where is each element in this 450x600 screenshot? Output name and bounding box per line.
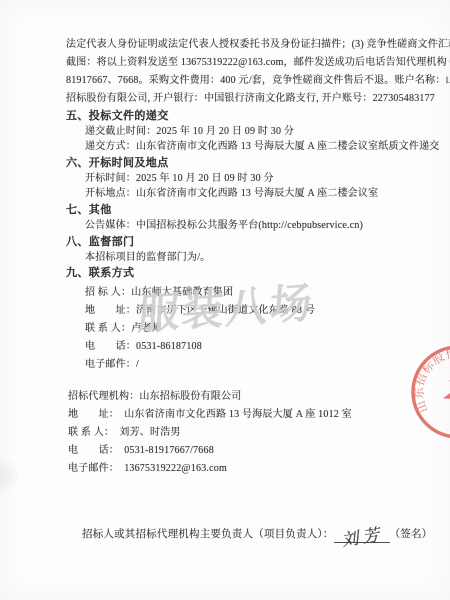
paragraph-line: 法定代表人身份证明或法定代表人授权委托书及身份证扫描件；(3) 竞争性磋商文件汇… [66,36,406,54]
section-line: 开标时间：2025 年 10 月 20 日 09 时 30 分 [85,171,406,186]
scanned-document-page: 法定代表人身份证明或法定代表人授权委托书及身份证扫描件；(3) 竞争性磋商文件汇… [0,0,450,600]
signature-label: 招标人或其招标代理机构主要负责人（项目负责人）： [82,529,334,540]
signature-line: 招标人或其招标代理机构主要负责人（项目负责人）：刘芳（签名） [82,527,406,543]
agency-email-line: 电子邮件： 13675319222@163.com [68,460,406,478]
section-heading-other: 七、其他 [66,202,406,218]
section-line: 递交方式：山东省济南市文化西路 13 号海辰大厦 A 座二楼会议室纸质文件递交 [85,139,406,154]
section-line: 本招标项目的监督部门为/。 [85,250,406,265]
scan-artifact [0,455,20,497]
tenderer-email-line: 电子邮件：/ [85,356,406,374]
agency-phone-line: 电 话： 0531-81917667/7668 [68,442,406,460]
seal-star [436,371,450,414]
agency-contact-block: 招标代理机构：山东招标股份有限公司 地 址： 山东省济南市文化西路 13 号海辰… [68,388,406,478]
signature-underline: 刘芳 [334,527,390,543]
paragraph-line: 招标股份有限公司, 开户银行：中国银行济南文化路支行, 开户账号：2273054… [66,90,406,108]
agency-contact-person-line: 联 系 人： 刘芳、时浩男 [68,424,406,442]
watermark-text: 服装八场 [136,270,316,343]
handwritten-signature: 刘芳 [340,527,384,549]
company-seal: 山东招标股份有限公司 [406,340,450,444]
section-line: 开标地点：山东省济南市文化西路 13 号海辰大厦 A 座二楼会议室 [85,186,406,201]
paragraph-line: 81917667、7668。采购文件费用：400 元/套，竞争性磋商文件售后不退… [66,72,406,90]
section-line: 递交截止时间：2025 年 10 月 20 日 09 时 30 分 [85,124,406,139]
paragraph-line: 截图：将以上资料发送至 13675319222@163.com，邮件发送成功后电… [66,54,406,72]
intro-paragraph: 法定代表人身份证明或法定代表人授权委托书及身份证扫描件；(3) 竞争性磋商文件汇… [66,36,406,108]
signature-suffix: （签名） [390,529,433,540]
section-heading-submission: 五、投标文件的递交 [66,108,406,124]
section-heading-supervision: 八、监督部门 [66,234,406,250]
agency-name-line: 招标代理机构：山东招标股份有限公司 [68,388,406,406]
tenderer-phone-line: 电 话：0531-86187108 [85,338,406,356]
section-heading-bid-opening: 六、开标时间及地点 [66,155,406,171]
agency-address-line: 地 址： 山东省济南市文化西路 13 号海辰大厦 A 座 1012 室 [68,406,406,424]
section-line: 公告媒体：中国招标投标公共服务平台(http://cebpubservice.c… [85,218,406,233]
